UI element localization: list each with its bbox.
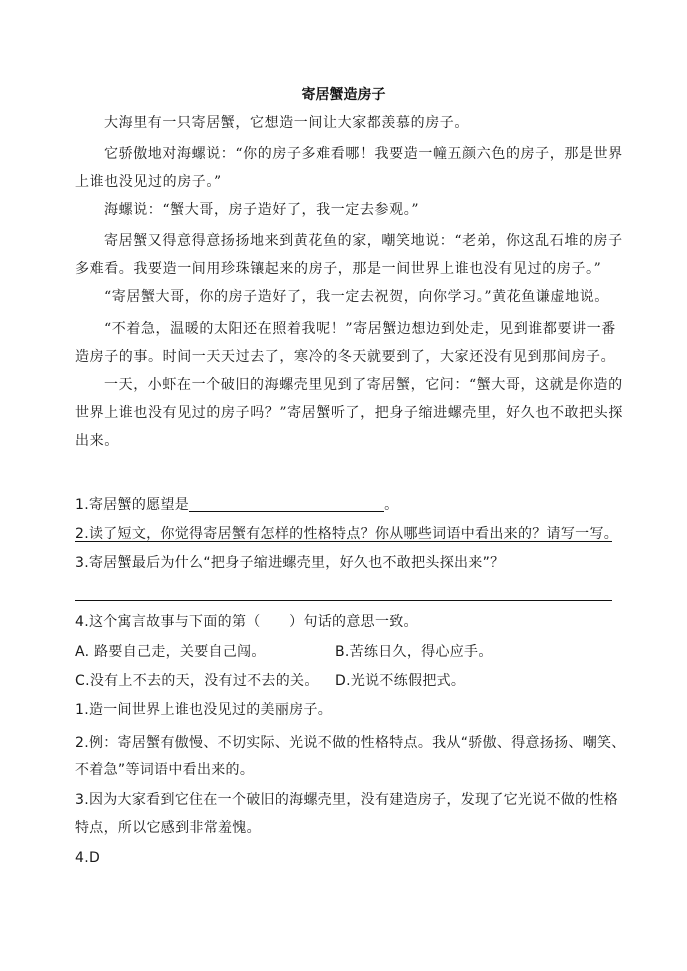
answer-3-line-2: 特点，所以它感到非常羞愧。: [75, 818, 615, 838]
options-row-cd: C.没有上不去的天，没有过不去的关。 D.光说不练假把式。: [75, 671, 615, 691]
question-1-suffix: 。: [384, 497, 398, 513]
story-line-6: 多难看。我要造一间用珍珠镶起来的房子，那是一间世界上谁也没有见过的房子。”: [75, 259, 615, 279]
option-a: A. 路要自己走，关要自己闯。: [75, 644, 266, 660]
question-1-answer-blank[interactable]: [189, 497, 384, 512]
option-d: D.光说不练假把式。: [335, 671, 465, 691]
story-line-9: 造房子的事。时间一天天过去了，寒冷的冬天就要到了，大家还没有见到那间房子。: [75, 347, 615, 367]
story-line-3: 上谁也没见过的房子。”: [75, 172, 615, 192]
options-row-ab: A. 路要自己走，关要自己闯。 B.苦练日久，得心应手。: [75, 642, 615, 662]
question-2-answer-line[interactable]: [75, 541, 612, 542]
story-line-2: 它骄傲地对海螺说：“你的房子多难看哪！我要造一幢五颜六色的房子，那是世界: [104, 144, 615, 164]
question-3: 3.寄居蟹最后为什么“把身子缩进螺壳里，好久也不敢把头探出来”？: [75, 553, 615, 573]
story-line-10: 一天，小虾在一个破旧的海螺壳里见到了寄居蟹，它问：“蟹大哥，这就是你造的: [104, 375, 615, 395]
story-line-11: 世界上谁也没有见过的房子吗？”寄居蟹听了，把身子缩进螺壳里，好久也不敢把头探: [75, 403, 615, 423]
answer-2-line-1: 2.例：寄居蟹有傲慢、不切实际、光说不做的性格特点。我从“骄傲、得意扬扬、嘲笑、: [75, 733, 615, 753]
story-line-8: “不着急，温暖的太阳还在照着我呢！”寄居蟹边想边到处走，见到谁都要讲一番: [104, 319, 615, 339]
story-line-12: 出来。: [75, 431, 615, 451]
question-1: 1.寄居蟹的愿望是。: [75, 495, 615, 515]
question-3-answer-line[interactable]: [75, 600, 612, 601]
worksheet-page: 寄居蟹造房子 大海里有一只寄居蟹，它想造一间让大家都羡慕的房子。 它骄傲地对海螺…: [0, 0, 687, 971]
answer-1: 1.造一间世界上谁也没见过的美丽房子。: [75, 700, 615, 720]
answer-3-line-1: 3.因为大家看到它住在一个破旧的海螺壳里，没有建造房子，发现了它光说不做的性格: [75, 790, 615, 810]
answer-4: 4.D: [75, 848, 615, 868]
story-title: 寄居蟹造房子: [0, 85, 687, 105]
story-line-7: “寄居蟹大哥，你的房子造好了，我一定去祝贺，向你学习。”黄花鱼谦虚地说。: [104, 287, 615, 307]
answer-2-line-2: 不着急”等词语中看出来的。: [75, 760, 615, 780]
story-line-1: 大海里有一只寄居蟹，它想造一间让大家都羡慕的房子。: [104, 113, 615, 133]
option-b: B.苦练日久，得心应手。: [335, 642, 493, 662]
story-line-5: 寄居蟹又得意得意扬扬地来到黄花鱼的家，嘲笑地说：“老弟，你这乱石堆的房子: [104, 231, 615, 251]
question-4: 4.这个寓言故事与下面的第（ ）句话的意思一致。: [75, 612, 615, 632]
story-line-4: 海螺说：“蟹大哥，房子造好了，我一定去参观。”: [104, 200, 615, 220]
question-1-prefix: 1.寄居蟹的愿望是: [75, 497, 189, 513]
option-c: C.没有上不去的天，没有过不去的关。: [75, 673, 319, 689]
